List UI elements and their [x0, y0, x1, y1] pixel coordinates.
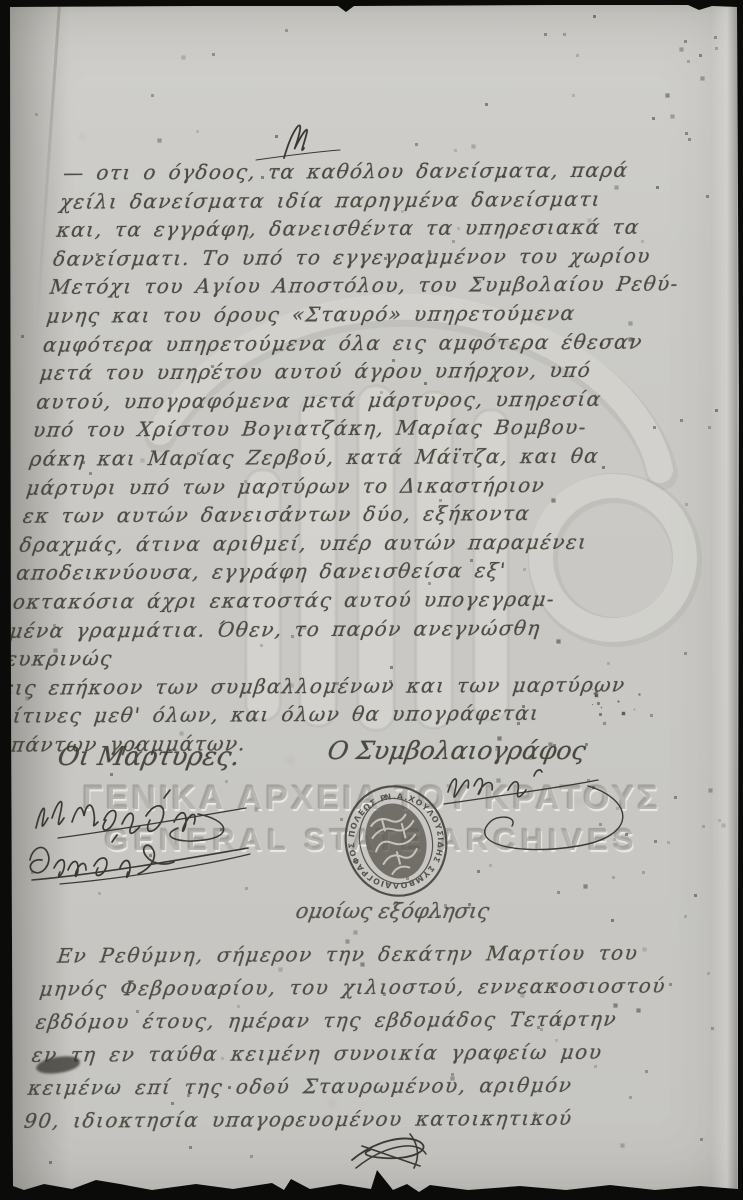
- handwritten-line: αμφότερα υπηρετούμενα όλα εις αμφότερα έ…: [42, 327, 694, 359]
- right-edge-highlight: [711, 0, 737, 1200]
- scanned-document-page: ΓΕΝΙΚΑ ΑΡΧΕΙΑ ΤΟΥ ΚΡΑΤΟΥΣ GENERAL STATE …: [0, 0, 743, 1200]
- handwritten-line: Μετόχι του Αγίου Αποστόλου, του Συμβολαί…: [48, 270, 700, 302]
- handwritten-line: οίτινες μεθ' όλων, και όλων θα υπογράφετ…: [0, 699, 650, 731]
- handwritten-line: εβδόμου έτους, ημέραν της εβδομάδος Τετά…: [34, 1002, 688, 1038]
- section-heading: ομοίως εξόφλησις: [294, 899, 491, 923]
- handwritten-line: εν τη εν ταύθα κειμένη συνοικία γραφείω …: [30, 1035, 684, 1071]
- handwritten-line: ράκη και Μαρίας Ζερβού, κατά Μάϊτζα, και…: [28, 441, 680, 473]
- handwritten-line: εις επήκοον των συμβαλλομένων και των μα…: [1, 670, 653, 702]
- handwritten-line: μετά του υπηρέτου αυτού άγρου υπήρχον, υ…: [38, 355, 690, 387]
- handwritten-line: οκτακόσια άχρι εκατοστάς αυτού υπογεγραμ…: [11, 584, 663, 616]
- paper-sheet: ΓΕΝΙΚΑ ΑΡΧΕΙΑ ΤΟΥ ΚΡΑΤΟΥΣ GENERAL STATE …: [0, 0, 743, 1200]
- handwritten-line: κειμένω επί της οδού Σταυρωμένου, αριθμό…: [26, 1068, 680, 1104]
- handwritten-line: μάρτυρι υπό των μαρτύρων το Δικαστήριον: [25, 470, 677, 502]
- handwritten-line: χείλι δανείσματα ιδία παρηγμένα δανείσμα…: [58, 184, 710, 216]
- handwritten-closing-text: Εν Ρεθύμνη, σήμερον την δεκάτην Μαρτίου …: [22, 936, 696, 1137]
- handwritten-line: — οτι ο όγδοος, τα καθόλου δανείσματα, π…: [62, 155, 714, 187]
- handwritten-line: μένα γραμμάτια. Όθεν, το παρόν ανεγνώσθη…: [5, 613, 660, 674]
- handwritten-line: 90, ιδιοκτησία υπαγορευομένου κατοικητικ…: [22, 1101, 676, 1137]
- handwritten-line: υπό του Χρίστου Βογιατζάκη, Μαρίας Βομβο…: [31, 413, 683, 445]
- witnesses-label: Οι Μάρτυρες.: [56, 742, 242, 772]
- handwritten-line: μηνός Φεβρουαρίου, του χιλιοστού, εννεακ…: [38, 969, 692, 1005]
- handwritten-line: Εν Ρεθύμνη, σήμερον την δεκάτην Μαρτίου …: [42, 936, 696, 972]
- notary-label: Ο Συμβολαιογράφος: [326, 736, 588, 765]
- handwritten-line: μνης και του όρους «Σταυρό» υπηρετούμενα: [45, 298, 697, 330]
- handwritten-line: δανείσματι. Το υπό το εγγεγραμμένον του …: [52, 241, 704, 273]
- handwritten-line: δραχμάς, άτινα αριθμεί, υπέρ αυτών παραμ…: [18, 527, 670, 559]
- paper-speckles: [0, 0, 1, 1]
- handwritten-line: αποδεικνύουσα, εγγράφη δανεισθείσα εξ': [15, 556, 667, 588]
- handwritten-main-text: — οτι ο όγδοος, τα καθόλου δανείσματα, π…: [0, 155, 713, 759]
- handwritten-line: εκ των αυτών δανεισάντων δύο, εξήκοντα: [21, 498, 673, 530]
- handwritten-line: και, τα εγγράφη, δανεισθέντα τα υπηρεσια…: [55, 212, 707, 244]
- handwritten-line: αυτού, υπογραφόμενα μετά μάρτυρος, υπηρε…: [35, 384, 687, 416]
- notary-seal-stamp: Ν.Α.ΧΟΥΛΟΥΣΙΔΗΣ ΣΥΜΒΟΛΑΙΟΓΡΑΦΟΣ ΠΟΛΕΩΣ Ρ…: [328, 768, 464, 914]
